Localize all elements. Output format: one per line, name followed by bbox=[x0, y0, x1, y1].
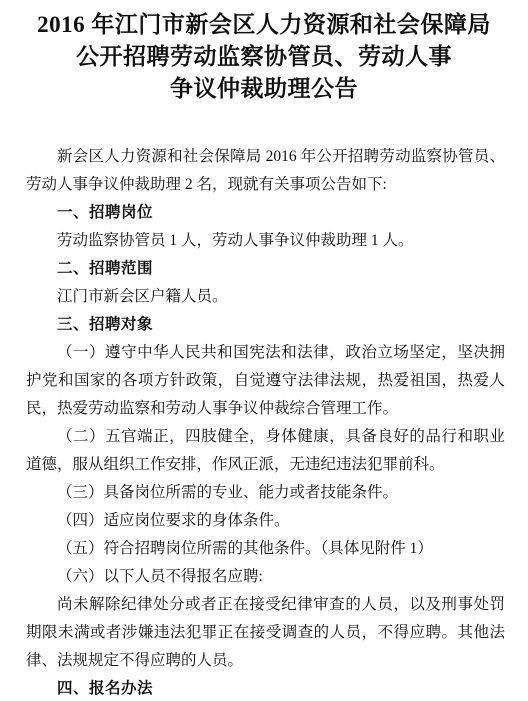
announcement-document: 2016 年江门市新会区人力资源和社会保障局 公开招聘劳动监察协管员、劳动人事 … bbox=[0, 0, 528, 701]
body-line: 劳动监察协管员 1 人，劳动人事争议仲裁助理 1 人。 bbox=[26, 227, 505, 255]
title-line-3: 争议仲裁助理公告 bbox=[0, 73, 528, 105]
body-line: 道德，服从组织工作安排，作风正派，无违纪违法犯罪前科。 bbox=[26, 451, 505, 479]
section-heading-application-method: 四、报名办法 bbox=[26, 675, 505, 701]
title-line-1: 2016 年江门市新会区人力资源和社会保障局 bbox=[0, 9, 528, 41]
body-line: （四）适应岗位要求的身体条件。 bbox=[26, 507, 505, 535]
body-line: （六）以下人员不得报名应聘: bbox=[26, 563, 505, 591]
body-line: 民，热爱劳动监察和劳动人事争议仲裁综合管理工作。 bbox=[26, 395, 505, 423]
title-line-2: 公开招聘劳动监察协管员、劳动人事 bbox=[0, 41, 528, 73]
body-line: 律、法规规定不得应聘的人员。 bbox=[26, 647, 505, 675]
body-line: （二）五官端正，四肢健全，身体健康，具备良好的品行和职业 bbox=[26, 423, 505, 451]
body-line: 尚未解除纪律处分或者正在接受纪律审查的人员，以及刑事处罚 bbox=[26, 591, 505, 619]
body-line: 劳动人事争议仲裁助理 2 名，现就有关事项公告如下: bbox=[26, 171, 505, 199]
section-heading-recruit-scope: 二、招聘范围 bbox=[26, 255, 505, 283]
body-line: 护党和国家的各项方针政策，自觉遵守法律法规，热爱祖国，热爱人 bbox=[26, 367, 505, 395]
body-line: （三）具备岗位所需的专业、能力或者技能条件。 bbox=[26, 479, 505, 507]
section-heading-recruit-targets: 三、招聘对象 bbox=[26, 311, 505, 339]
body-line: 期限未满或者涉嫌违法犯罪正在接受调查的人员，不得应聘。其他法 bbox=[26, 619, 505, 647]
body-line: 江门市新会区户籍人员。 bbox=[26, 283, 505, 311]
document-body: 新会区人力资源和社会保障局 2016 年公开招聘劳动监察协管员、 劳动人事争议仲… bbox=[26, 143, 505, 701]
body-line: 新会区人力资源和社会保障局 2016 年公开招聘劳动监察协管员、 bbox=[26, 143, 505, 171]
document-title: 2016 年江门市新会区人力资源和社会保障局 公开招聘劳动监察协管员、劳动人事 … bbox=[0, 0, 528, 105]
body-line: （五）符合招聘岗位所需的其他条件。（具体见附件 1） bbox=[26, 535, 505, 563]
section-heading-recruit-positions: 一、招聘岗位 bbox=[26, 199, 505, 227]
body-line: （一）遵守中华人民共和国宪法和法律，政治立场坚定，坚决拥 bbox=[26, 339, 505, 367]
